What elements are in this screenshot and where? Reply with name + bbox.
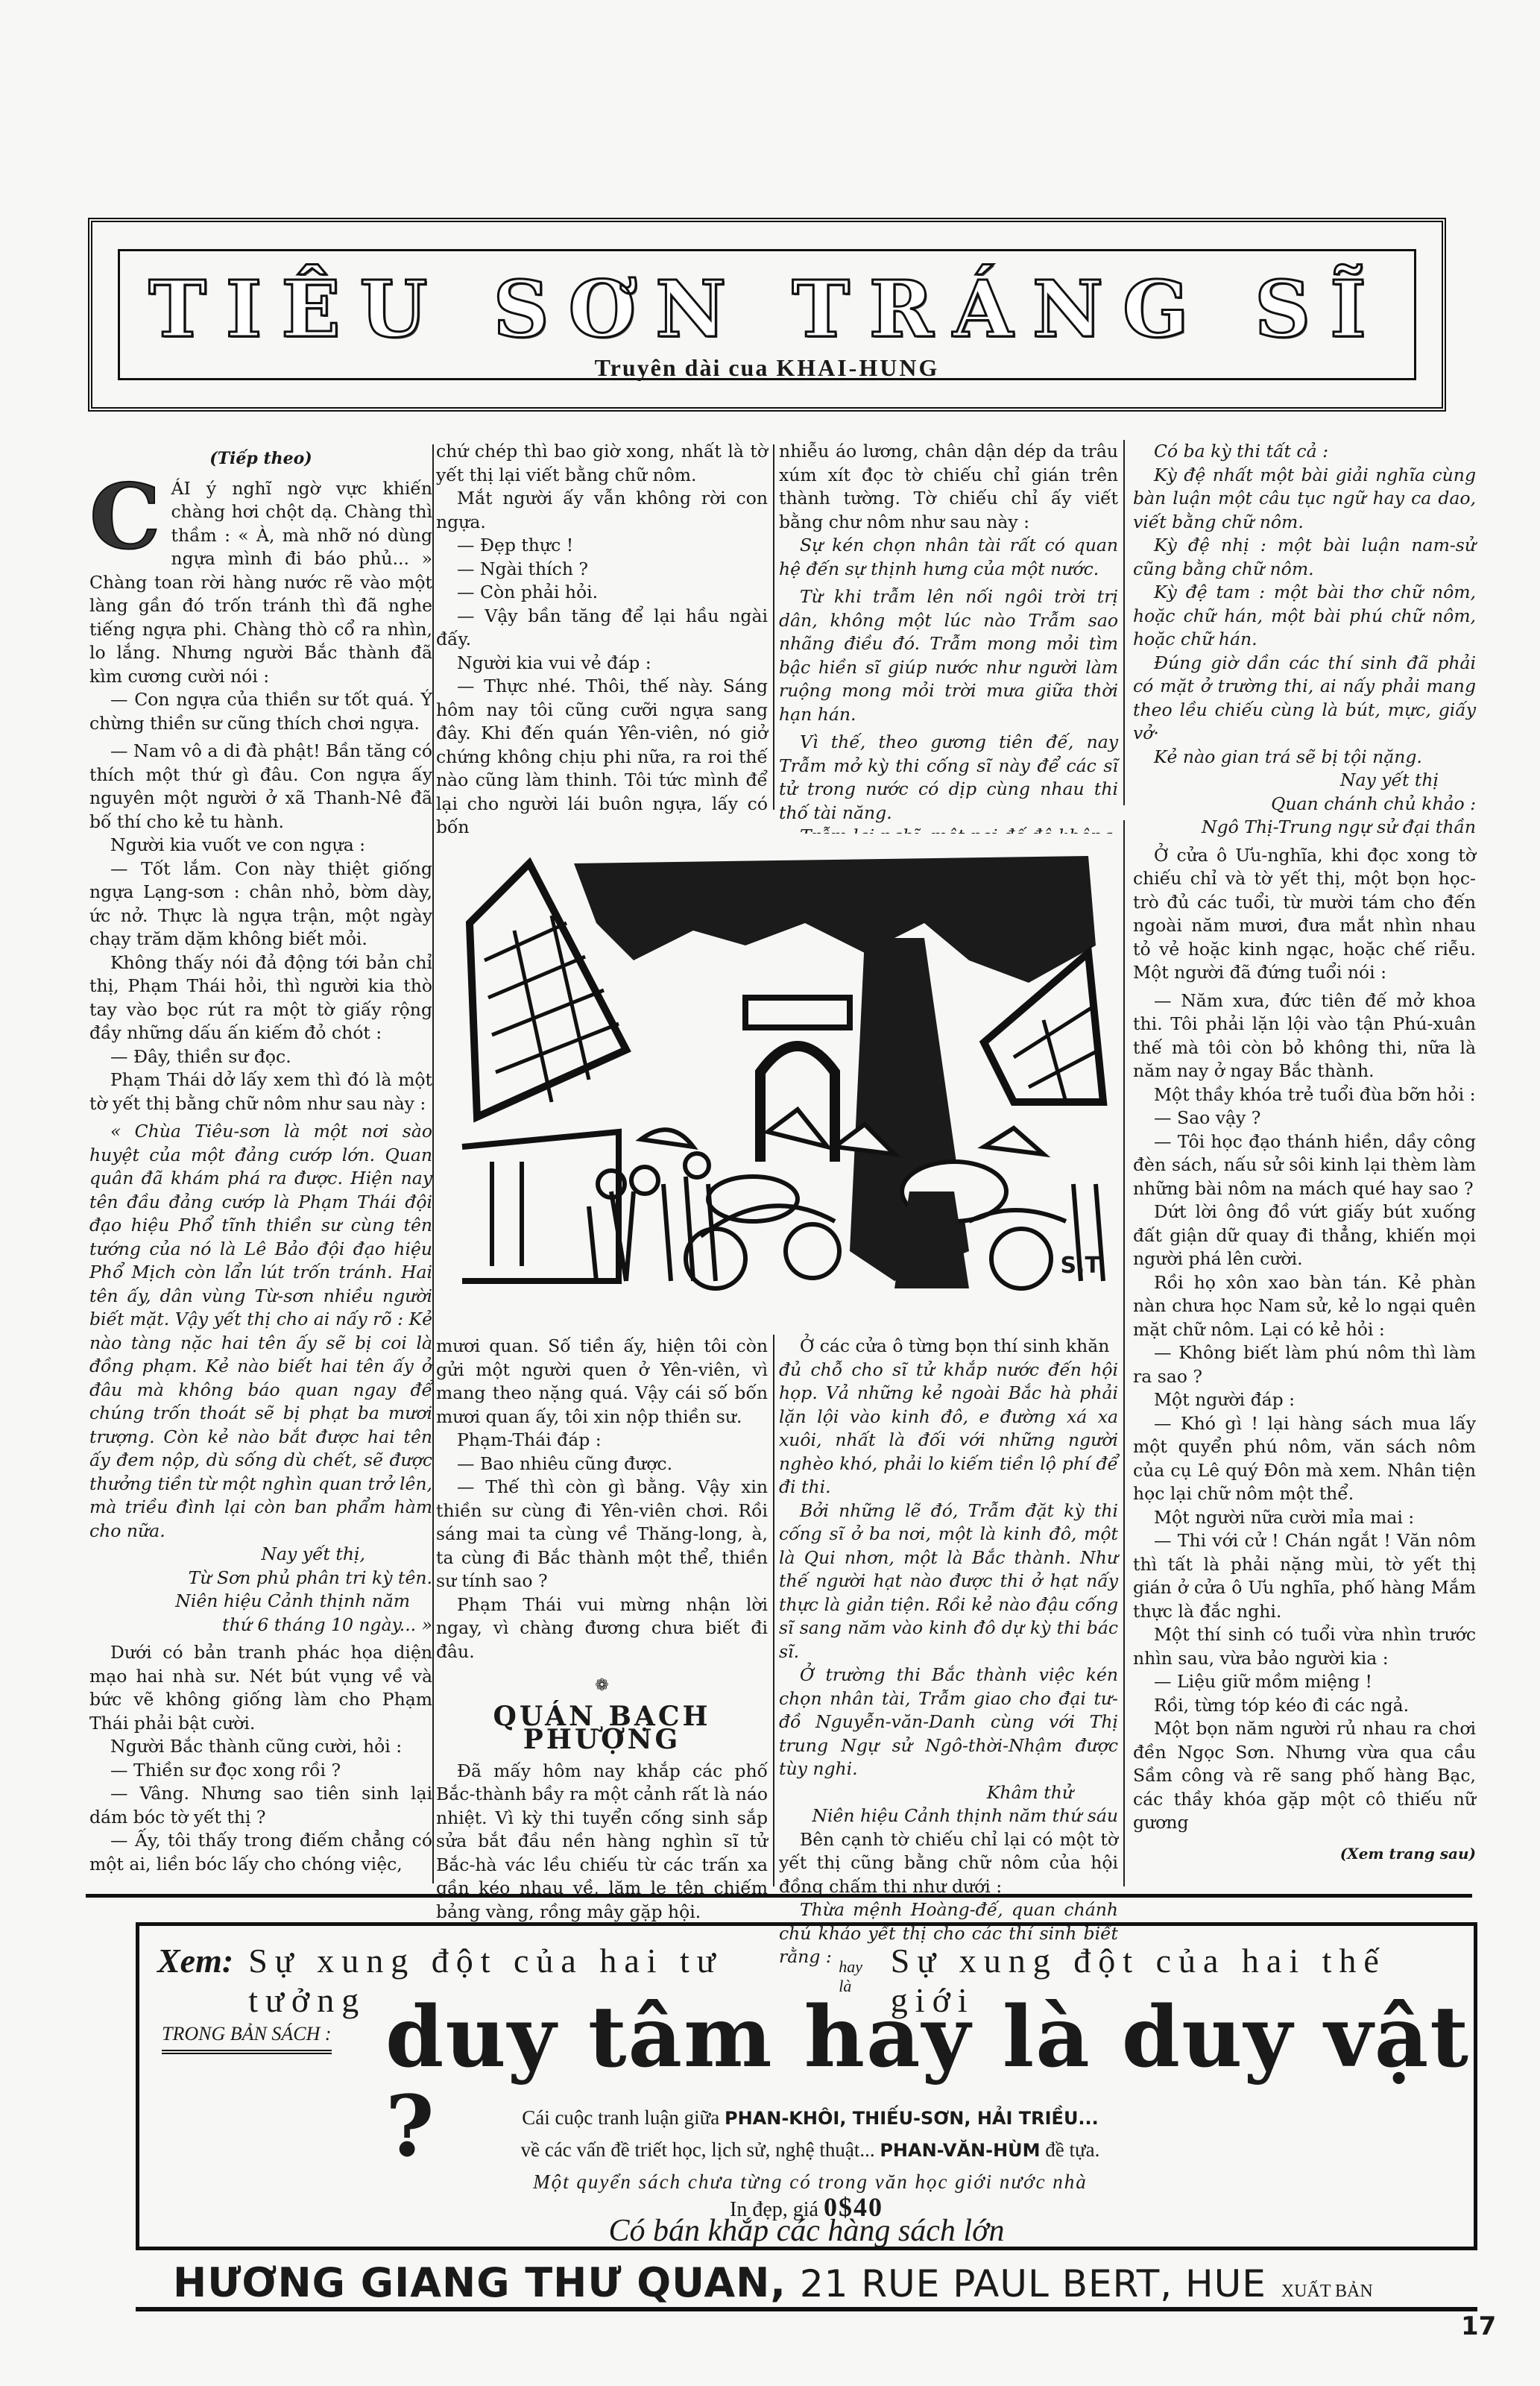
ad-authors: PHAN-KHÔI, THIẾU-SƠN, HẢI TRIỀU...: [725, 2108, 1099, 2129]
paragraph: nhiễu áo lương, chân dận dép da trâu xúm…: [779, 440, 1118, 534]
page-number: 17: [1461, 2311, 1496, 2341]
see-next-page: (Xem trang sau): [1133, 1842, 1476, 1866]
proclamation-sign: thứ 6 tháng 10 ngày... »: [89, 1614, 432, 1637]
paragraph: — Tôi học đạo thánh hiền, dầy công đèn s…: [1133, 1130, 1476, 1201]
notice-text: Đúng giờ dần các thí sinh đã phải có mặt…: [1133, 652, 1476, 746]
paragraph: — Sao vậy ?: [1133, 1107, 1476, 1130]
paragraph: Một người đáp :: [1133, 1388, 1476, 1412]
section-title: QUÁN BẠCH PHƯỢNG: [436, 1705, 768, 1752]
edict-text: Ở trường thi Bắc thành việc kén chọn nhâ…: [779, 1663, 1118, 1781]
paragraph: Người kia vui vẻ đáp :: [436, 652, 768, 676]
paragraph: Ở các cửa ô từng bọn thí sinh khăn: [779, 1335, 1118, 1359]
proclamation-sign: Từ Sơn phủ phân tri kỳ tên.: [89, 1567, 432, 1590]
article-column-4: Có ba kỳ thi tất cả : Kỳ đệ nhất một bài…: [1133, 440, 1476, 1866]
edict-sign: Khâm thử: [779, 1781, 1118, 1805]
paragraph: — Tốt lắm. Con này thiệt giống ngựa Lạng…: [89, 857, 432, 951]
title-box-inner: TIÊU SƠN TRÁNG SĨ Truyên dài cua KHAI-HU…: [118, 249, 1416, 380]
book-advertisement: Xem: Sự xung đột của hai tư tưởng hay là…: [136, 1922, 1477, 2250]
paragraph: — Đây, thiền sư đọc.: [89, 1045, 432, 1069]
newspaper-page: TIÊU SƠN TRÁNG SĨ Truyên dài cua KHAI-HU…: [0, 0, 1540, 2386]
paragraph: Dưới có bản tranh phác họa diện mạo hai …: [89, 1641, 432, 1735]
article-column-2: chứ chép thì bao giờ xong, nhất là tờ yế…: [436, 440, 768, 840]
paragraph: Phạm Thái dở lấy xem thì đó là một tờ yế…: [89, 1068, 432, 1115]
street-scene-image: [447, 834, 1118, 1292]
paragraph: — Ấy, tôi thấy trong điếm chẳng có một a…: [89, 1829, 432, 1876]
paragraph: Bên cạnh tờ chiếu chỉ lại có một tờ yết …: [779, 1828, 1118, 1899]
ad-publisher-line: HƯƠNG GIANG THƯ QUAN, 21 RUE PAUL BERT, …: [173, 2259, 1470, 2306]
paragraph: Mắt người ấy vẫn không rời con ngựa.: [436, 487, 768, 534]
edict-text: đủ chỗ cho sĩ tử khắp nước đến hội họp. …: [779, 1359, 1118, 1499]
paragraph: Một người nữa cười mỉa mai :: [1133, 1506, 1476, 1530]
article-column-3: nhiễu áo lương, chân dận dép da trâu xúm…: [779, 440, 1118, 849]
paragraph: — Vâng. Nhưng sao tiên sinh lại dám bóc …: [89, 1782, 432, 1829]
column-divider: [1123, 820, 1125, 1886]
paragraph: Không thấy nói đả động tới bản chỉ thị, …: [89, 951, 432, 1045]
paragraph: — Thi với cử ! Chán ngắt ! Văn nôm thì t…: [1133, 1529, 1476, 1623]
paragraph: — Còn phải hỏi.: [436, 581, 768, 605]
author-name: KHAI-HUNG: [776, 354, 939, 381]
ad-desc-1: Cái cuộc tranh luận giữa: [522, 2106, 719, 2129]
paragraph: — Thế thì còn gì bằng. Vậy xin thiền sư …: [436, 1476, 768, 1593]
ad-preface-author: PHAN-VĂN-HÙM: [880, 2140, 1040, 2161]
paragraph: — Bao nhiêu cũng được.: [436, 1452, 768, 1476]
horizontal-rule: [86, 1894, 1472, 1898]
subtitle-prefix: Truyên dài cua: [595, 354, 769, 381]
edict-text: Vì thế, theo gương tiên đế, nay Trẫm mở …: [779, 731, 1118, 825]
paragraph: Ở cửa ô Ưu-nghĩa, khi đọc xong tờ chiếu …: [1133, 844, 1476, 985]
publisher-tag: XUẤT BẢN: [1281, 2282, 1373, 2302]
notice-text: Kỳ đệ nhị : một bài luận nam-sử cũng bằn…: [1133, 534, 1476, 581]
paragraph: Đã mấy hôm nay khắp các phố Bắc-thành bầ…: [436, 1760, 768, 1924]
title-box: TIÊU SƠN TRÁNG SĨ Truyên dài cua KHAI-HU…: [88, 218, 1446, 412]
paragraph: — Con ngựa của thiền sư tốt quá. Ý chừng…: [89, 688, 432, 735]
paragraph: — Thực nhé. Thôi, thế này. Sáng hôm nay …: [436, 675, 768, 840]
column-divider: [1123, 440, 1125, 805]
proclamation-text: « Chùa Tiêu-sơn là một nơi sào huyệt của…: [89, 1120, 432, 1543]
ad-availability: Có bán khắp các hàng sách lớn: [136, 2213, 1477, 2249]
paragraph: — Không biết làm phú nôm thì làm ra sao …: [1133, 1341, 1476, 1388]
paragraph: Một thầy khóa trẻ tuổi đùa bỡn hỏi :: [1133, 1083, 1476, 1107]
paragraph: mươi quan. Số tiền ấy, hiện tôi còn gửi …: [436, 1335, 768, 1429]
paragraph: — Vậy bần tăng để lại hầu ngài đấy.: [436, 605, 768, 652]
publisher-address: 21 RUE PAUL BERT, HUE: [800, 2262, 1266, 2305]
section-ornament-icon: ❁: [436, 1674, 768, 1698]
paragraph: Phạm Thái vui mừng nhận lời ngay, vì chà…: [436, 1593, 768, 1664]
paragraph: Rồi, từng tóp kéo đi các ngả.: [1133, 1694, 1476, 1718]
article-column-1: (Tiếp theo) C ÁI ý nghĩ ngờ vực khiến ch…: [89, 447, 432, 1876]
paragraph: — Khó gì ! lại hàng sách mua lấy một quy…: [1133, 1412, 1476, 1506]
serial-subtitle: Truyên dài cua KHAI-HUNG: [120, 354, 1414, 382]
edict-date: Niên hiệu Cảnh thịnh năm thứ sáu: [779, 1804, 1118, 1828]
woodcut-illustration: S.T: [447, 834, 1118, 1292]
notice-text: Kẻ nào gian trá sẽ bị tội nặng.: [1133, 746, 1476, 769]
article-column-3-lower: Ở các cửa ô từng bọn thí sinh khăn đủ ch…: [779, 1335, 1118, 1969]
article-column-2-lower: mươi quan. Số tiền ấy, hiện tôi còn gửi …: [436, 1335, 768, 1924]
ad-description: Cái cuộc tranh luận giữa PHAN-KHÔI, THIẾ…: [438, 2102, 1183, 2197]
notice-sign: Quan chánh chủ khảo :: [1133, 793, 1476, 816]
ad-desc-2-suffix: đề tựa.: [1045, 2138, 1099, 2161]
proclamation-sign: Nay yết thị,: [89, 1543, 432, 1567]
paragraph: Một bọn năm người rủ nhau ra chơi đền Ng…: [1133, 1717, 1476, 1835]
paragraph: Rồi họ xôn xao bàn tán. Kẻ phàn nàn chưa…: [1133, 1271, 1476, 1342]
paragraph: chứ chép thì bao giờ xong, nhất là tờ yế…: [436, 440, 768, 487]
edict-text: Bởi những lẽ đó, Trẫm đặt kỳ thi cống sĩ…: [779, 1499, 1118, 1664]
illustrator-signature: S.T: [1061, 1253, 1100, 1279]
column-divider: [773, 444, 774, 810]
notice-text: Kỳ đệ tam : một bài thơ chữ nôm, hoặc ch…: [1133, 581, 1476, 652]
ad-desc-2: về các vấn đề triết học, lịch sử, nghệ t…: [521, 2138, 875, 2161]
edict-text: Từ khi trẫm lên nối ngôi trời trị dân, k…: [779, 585, 1118, 726]
paragraph: — Năm xưa, đức tiên đế mở khoa thi. Tôi …: [1133, 989, 1476, 1083]
drop-cap: C: [89, 482, 161, 553]
edict-text: Sự kén chọn nhân tài rất có quan hệ đến …: [779, 534, 1118, 581]
paragraph: — Thiền sư đọc xong rồi ?: [89, 1759, 432, 1783]
publisher-name: HƯƠNG GIANG THƯ QUAN,: [173, 2259, 786, 2306]
notice-sign: Nay yết thị: [1133, 769, 1476, 793]
paragraph: — Ngài thích ?: [436, 558, 768, 582]
paragraph: Người kia vuốt ve con ngựa :: [89, 834, 432, 857]
paragraph: Người Bắc thành cũng cười, hỏi :: [89, 1735, 432, 1759]
notice-sign: Ngô Thị-Trung ngự sử đại thần: [1133, 816, 1476, 840]
notice-text: Kỳ đệ nhất một bài giải nghĩa cùng bàn l…: [1133, 464, 1476, 535]
column-divider: [773, 1335, 774, 1886]
paragraph: — Đẹp thực !: [436, 534, 768, 558]
paragraph: Phạm-Thái đáp :: [436, 1429, 768, 1452]
paragraph: Dứt lời ông đồ vứt giấy bút xuống đất gi…: [1133, 1200, 1476, 1271]
ad-bottom-border: [136, 2307, 1477, 2311]
paragraph: — Nam vô a di đà phật! Bần tăng có thích…: [89, 740, 432, 834]
ad-see-label: Xem:: [157, 1941, 233, 1980]
paragraph: Một thí sinh có tuổi vừa nhìn trước nhìn…: [1133, 1623, 1476, 1670]
paragraph: — Liệu giữ mồm miệng !: [1133, 1670, 1476, 1694]
proclamation-sign: Niên hiệu Cảnh thịnh năm: [89, 1590, 432, 1614]
serial-title: TIÊU SƠN TRÁNG SĨ: [120, 268, 1414, 351]
notice-text: Có ba kỳ thi tất cả :: [1133, 440, 1476, 464]
column-divider: [432, 444, 434, 1883]
ad-in-book-label: TRONG BẢN SÁCH :: [162, 2023, 332, 2054]
